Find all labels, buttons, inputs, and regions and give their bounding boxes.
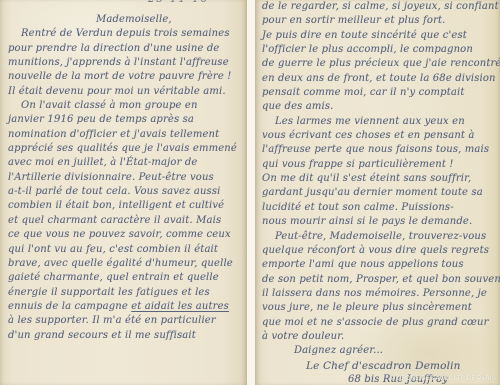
handwriting-line: qui l'ont vu au feu, c'est combien il ét… — [8, 243, 242, 257]
handwriting-line: pour en sortir meilleur et plus fort. — [262, 14, 497, 28]
handwriting-line: pensait comme moi, car il n'y comptait — [262, 86, 497, 100]
handwriting-line: ennuis de la campagne et aidait les autr… — [8, 300, 242, 314]
handwriting-line: On l'avait classé à mon groupe en — [8, 99, 242, 113]
handwriting-line: que moi et ne s'associe de plus grand cœ… — [262, 316, 497, 330]
handwriting-line: de son petit nom, Prosper, et quel bon s… — [262, 273, 497, 287]
handwriting-line: Il était devenu pour moi un véritable am… — [8, 85, 242, 99]
handwriting-line: qui vous frappe si particulièrement ! — [262, 158, 497, 172]
handwriting-line: en deux ans de front, et toute la 68e di… — [262, 72, 497, 86]
handwriting-line: Daignez agréer... — [294, 344, 497, 358]
handwriting-line: Rentré de Verdun depuis trois semaines — [8, 27, 242, 41]
handwriting-line: d'un grand secours et il me suffisait — [8, 329, 242, 343]
handwriting-line: quelque réconfort à vous dire quels regr… — [262, 244, 497, 258]
handwriting-line: munitions, j'apprends à l'instant l'affr… — [8, 56, 242, 70]
handwriting-line: gardant jusqu'au dernier moment toute sa — [262, 186, 497, 200]
handwriting-line: de guerre le plus précieux que j'aie ren… — [262, 57, 497, 71]
handwriting-line: vous jure, ne le pleure plus sincèrement — [262, 301, 497, 315]
letter-page-left: 23-11-16 Mademoiselle,Rentré de Verdun d… — [0, 0, 247, 385]
letter-date: 23-11-16 — [148, 0, 209, 5]
letter-page-right: de le regarder, si calme, si joyeux, si … — [255, 0, 500, 385]
handwriting-line: nouvelle de la mort de votre pauvre frèr… — [8, 70, 242, 84]
handwriting-line: l'officier le plus accompli, le compagno… — [262, 43, 497, 57]
handwriting-line: que des amis. — [262, 100, 497, 114]
handwriting-line: énergie il supportait les fatigues et le… — [8, 286, 242, 300]
handwriting-line: de le regarder, si calme, si joyeux, si … — [262, 0, 497, 14]
handwriting-line: lucidité et tout son calme. Puissions- — [262, 201, 497, 215]
handwriting-line: gaieté charmante, quel entrain et quelle — [8, 271, 242, 285]
handwriting-line: On me dit qu'il s'est éteint sans souffr… — [262, 172, 497, 186]
handwriting-line: Le Chef d'escadron Demolin — [306, 359, 497, 373]
handwriting-line: Les larmes me viennent aux yeux en — [262, 115, 497, 129]
handwriting-line: vous écrivant ces choses et en pensant à — [262, 129, 497, 143]
handwriting-line: ce que vous ne pouvez savoir, comme ceux — [8, 228, 242, 242]
handwriting-line: nomination d'officier et j'avais telleme… — [8, 128, 242, 142]
right-page-text: de le regarder, si calme, si joyeux, si … — [255, 0, 500, 385]
handwriting-line: brave, avec quelle égalité d'humeur, que… — [8, 257, 242, 271]
handwriting-line: Je puis dire en toute sincérité que c'es… — [262, 29, 497, 43]
handwriting-line: l'affreuse perte que nous faisons tous, … — [262, 143, 497, 157]
handwriting-line: Mademoiselle, — [96, 13, 242, 27]
copyright-watermark: © ORDRE DES AVOCATS DE PARIS — [390, 376, 496, 382]
handwriting-line: a-t-il parlé de tout cela. Vous savez au… — [8, 185, 242, 199]
handwriting-line: combien il était bon, intelligent et cul… — [8, 199, 242, 213]
handwriting-line: à les supporter. Il m'a été en particuli… — [8, 314, 242, 328]
handwriting-line: nous mourir ainsi si le pays le demande. — [262, 215, 497, 229]
scanned-letter: 23-11-16 Mademoiselle,Rentré de Verdun d… — [0, 0, 500, 385]
handwriting-line: Peut-être, Mademoiselle, trouverez-vous — [262, 230, 497, 244]
handwriting-line: emporte l'ami que nous appelions tous — [262, 258, 497, 272]
handwriting-line: apprécié ses qualités que je l'avais emm… — [8, 142, 242, 156]
handwriting-line: pour prendre la direction d'une usine de — [8, 42, 242, 56]
handwriting-line: et quel charmant caractère il avait. Mai… — [8, 214, 242, 228]
left-page-text: Mademoiselle,Rentré de Verdun depuis tro… — [0, 13, 247, 343]
handwriting-line: janvier 1916 peu de temps après sa — [8, 113, 242, 127]
handwriting-line: l'Artillerie divisionnaire. Peut-être vo… — [8, 171, 242, 185]
handwriting-line: avec moi en juillet, à l'État-major de — [8, 156, 242, 170]
handwriting-line: à votre douleur. — [262, 330, 497, 344]
handwriting-line: il laissera dans nos mémoires. Personne,… — [262, 287, 497, 301]
